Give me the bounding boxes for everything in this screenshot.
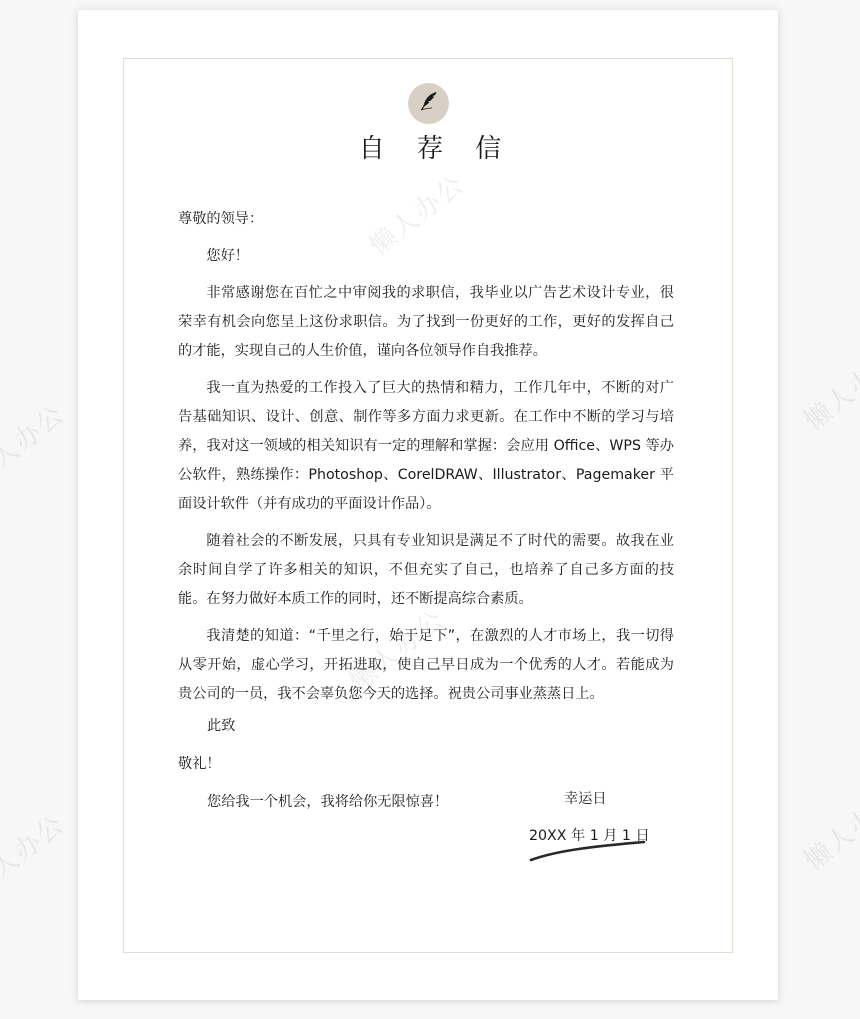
paragraph: 非常感谢您在百忙之中审阅我的求职信，我毕业以广告艺术设计专业，很荣幸有机会向您呈… bbox=[178, 279, 674, 366]
page-title: 自 荐 信 bbox=[0, 128, 860, 165]
paragraph: 我清楚的知道：“千里之行，始于足下”，在激烈的人才市场上，我一切得从零开始，虚心… bbox=[178, 622, 674, 709]
closing-salute: 此致 bbox=[207, 712, 235, 741]
watermark: 懒人办公 bbox=[0, 394, 72, 492]
signature-name: 幸运日 bbox=[564, 785, 607, 814]
salutation: 尊敬的领导： bbox=[178, 205, 674, 234]
closing-regards: 敬礼！ bbox=[178, 750, 221, 779]
postscript: 您给我一个机会，我将给你无限惊喜！ bbox=[207, 788, 448, 817]
brush-stroke-underline-icon bbox=[528, 838, 648, 868]
greeting: 您好！ bbox=[178, 242, 674, 271]
emblem-badge bbox=[408, 83, 449, 124]
letter-body: 尊敬的领导： 您好！ 非常感谢您在百忙之中审阅我的求职信，我毕业以广告艺术设计专… bbox=[178, 205, 674, 717]
paragraph: 我一直为热爱的工作投入了巨大的热情和精力，工作几年中，不断的对广告基础知识、设计… bbox=[178, 374, 674, 519]
watermark: 懒人办公 bbox=[795, 779, 860, 877]
watermark: 懒人办公 bbox=[795, 339, 860, 437]
paragraph: 随着社会的不断发展，只具有专业知识是满足不了时代的需要。故我在业余时间自学了许多… bbox=[178, 527, 674, 614]
watermark: 懒人办公 bbox=[0, 804, 72, 902]
quill-pen-icon bbox=[416, 89, 442, 119]
